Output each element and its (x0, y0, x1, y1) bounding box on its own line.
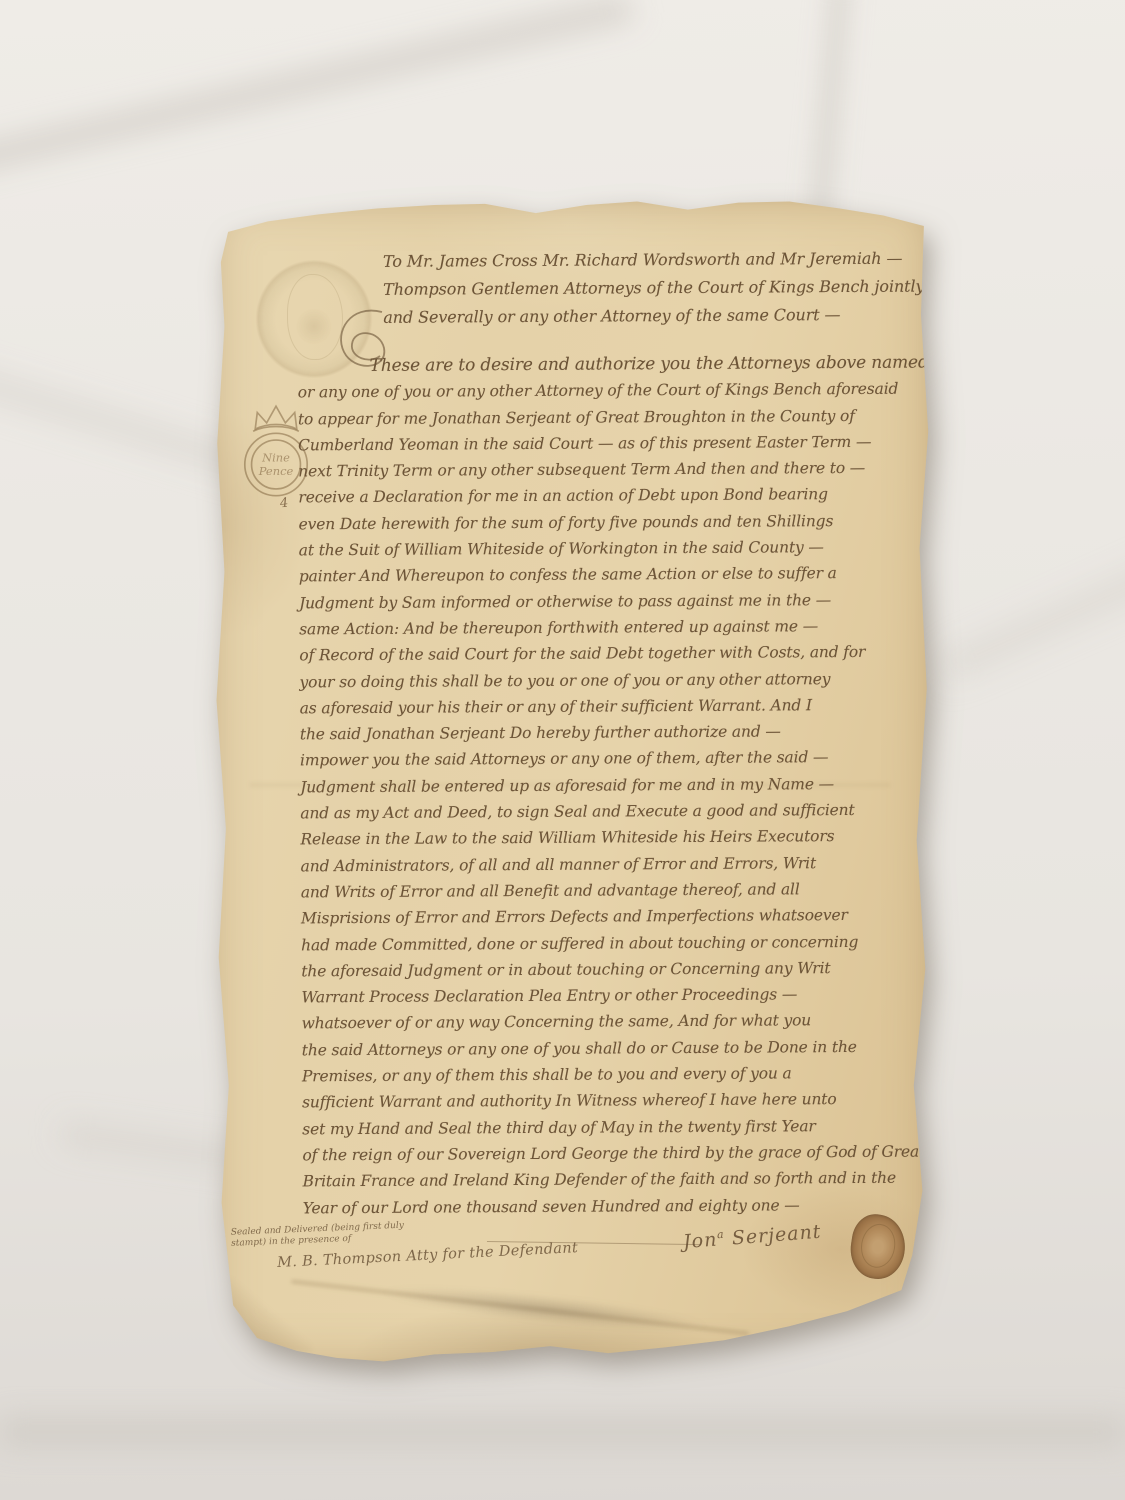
manuscript-paper: Nine Pence 4 To Mr. James Cross Mr. Rich… (210, 198, 934, 1366)
fabric-fold (939, 524, 1125, 680)
manuscript-line: Cumberland Yeoman in the said Court — as… (298, 428, 922, 458)
manuscript-line: painter And Whereupon to confess the sam… (299, 560, 923, 590)
fabric-fold (0, 1418, 1125, 1446)
attestation-clause: Sealed and Delivered (being first dulyst… (231, 1221, 405, 1250)
manuscript-line: sufficient Warrant and authority In Witn… (302, 1086, 926, 1116)
manuscript-line: whatsoever of or any way Concerning the … (302, 1007, 926, 1037)
signature-prefix: Jon (682, 1229, 718, 1254)
manuscript-line: the said Jonathan Serjeant Do hereby fur… (300, 718, 924, 748)
manuscript-line: Misprisions of Error and Errors Defects … (301, 902, 925, 932)
manuscript-line: of Record of the said Court for the said… (299, 639, 923, 669)
wax-seal-mark (846, 1211, 909, 1282)
photograph-background: Nine Pence 4 To Mr. James Cross Mr. Rich… (0, 0, 1125, 1500)
manuscript-line: even Date herewith for the sum of forty … (298, 507, 922, 537)
body-text: These are to desire and authorize you th… (298, 350, 927, 1222)
address-heading: To Mr. James Cross Mr. Richard Wordswort… (383, 245, 925, 332)
manuscript-line: Britain France and Ireland King Defender… (303, 1165, 927, 1195)
signatory-signature: Jona Serjeant (682, 1220, 822, 1253)
manuscript-line: Year of our Lord one thousand seven Hund… (303, 1191, 927, 1221)
manuscript-line: These are to desire and authorize you th… (298, 350, 922, 380)
manuscript-line: or any one of you or any other Attorney … (298, 376, 922, 406)
manuscript-line: next Trinity Term or any other subsequen… (298, 455, 922, 485)
manuscript-line: and Administrators, of all and all manne… (301, 849, 925, 879)
manuscript-line: Thompson Gentlemen Attorneys of the Cour… (383, 273, 924, 304)
manuscript-line: receive a Declaration for me in an actio… (298, 481, 922, 511)
manuscript-line: at the Suit of William Whiteside of Work… (299, 534, 923, 564)
manuscript-text: To Mr. James Cross Mr. Richard Wordswort… (209, 194, 940, 1366)
manuscript-line: and Severally or any other Attorney of t… (383, 301, 924, 332)
manuscript-line: your so doing this shall be to you or on… (299, 665, 923, 695)
manuscript-line: Judgment shall be entered up as aforesai… (300, 770, 924, 800)
manuscript-paper-wrap: Nine Pence 4 To Mr. James Cross Mr. Rich… (210, 198, 934, 1366)
manuscript-line: To Mr. James Cross Mr. Richard Wordswort… (383, 245, 924, 276)
manuscript-line: the aforesaid Judgment or in about touch… (301, 954, 925, 984)
fabric-fold (0, 0, 633, 191)
manuscript-line: impower you the said Attorneys or any on… (300, 744, 924, 774)
manuscript-line: had made Committed, done or suffered in … (301, 928, 925, 958)
manuscript-line: Warrant Process Declaration Plea Entry o… (301, 981, 925, 1011)
manuscript-line: set my Hand and Seal the third day of Ma… (302, 1112, 926, 1142)
manuscript-line: and Writs of Error and all Benefit and a… (301, 875, 925, 905)
manuscript-line: of the reign of our Sovereign Lord Georg… (302, 1138, 926, 1168)
manuscript-line: and as my Act and Deed, to sign Seal and… (300, 797, 924, 827)
manuscript-line: to appear for me Jonathan Serjeant of Gr… (298, 402, 922, 432)
manuscript-line: Premises, or any of them this shall be t… (302, 1060, 926, 1090)
manuscript-line: the said Attorneys or any one of you sha… (302, 1033, 926, 1063)
manuscript-line: Judgment by Sam informed or otherwise to… (299, 586, 923, 616)
manuscript-line: as aforesaid your his their or any of th… (300, 691, 924, 721)
manuscript-line: Release in the Law to the said William W… (300, 823, 924, 853)
manuscript-line: same Action: And be thereupon forthwith … (299, 613, 923, 643)
signature-surname: Serjeant (724, 1221, 822, 1250)
